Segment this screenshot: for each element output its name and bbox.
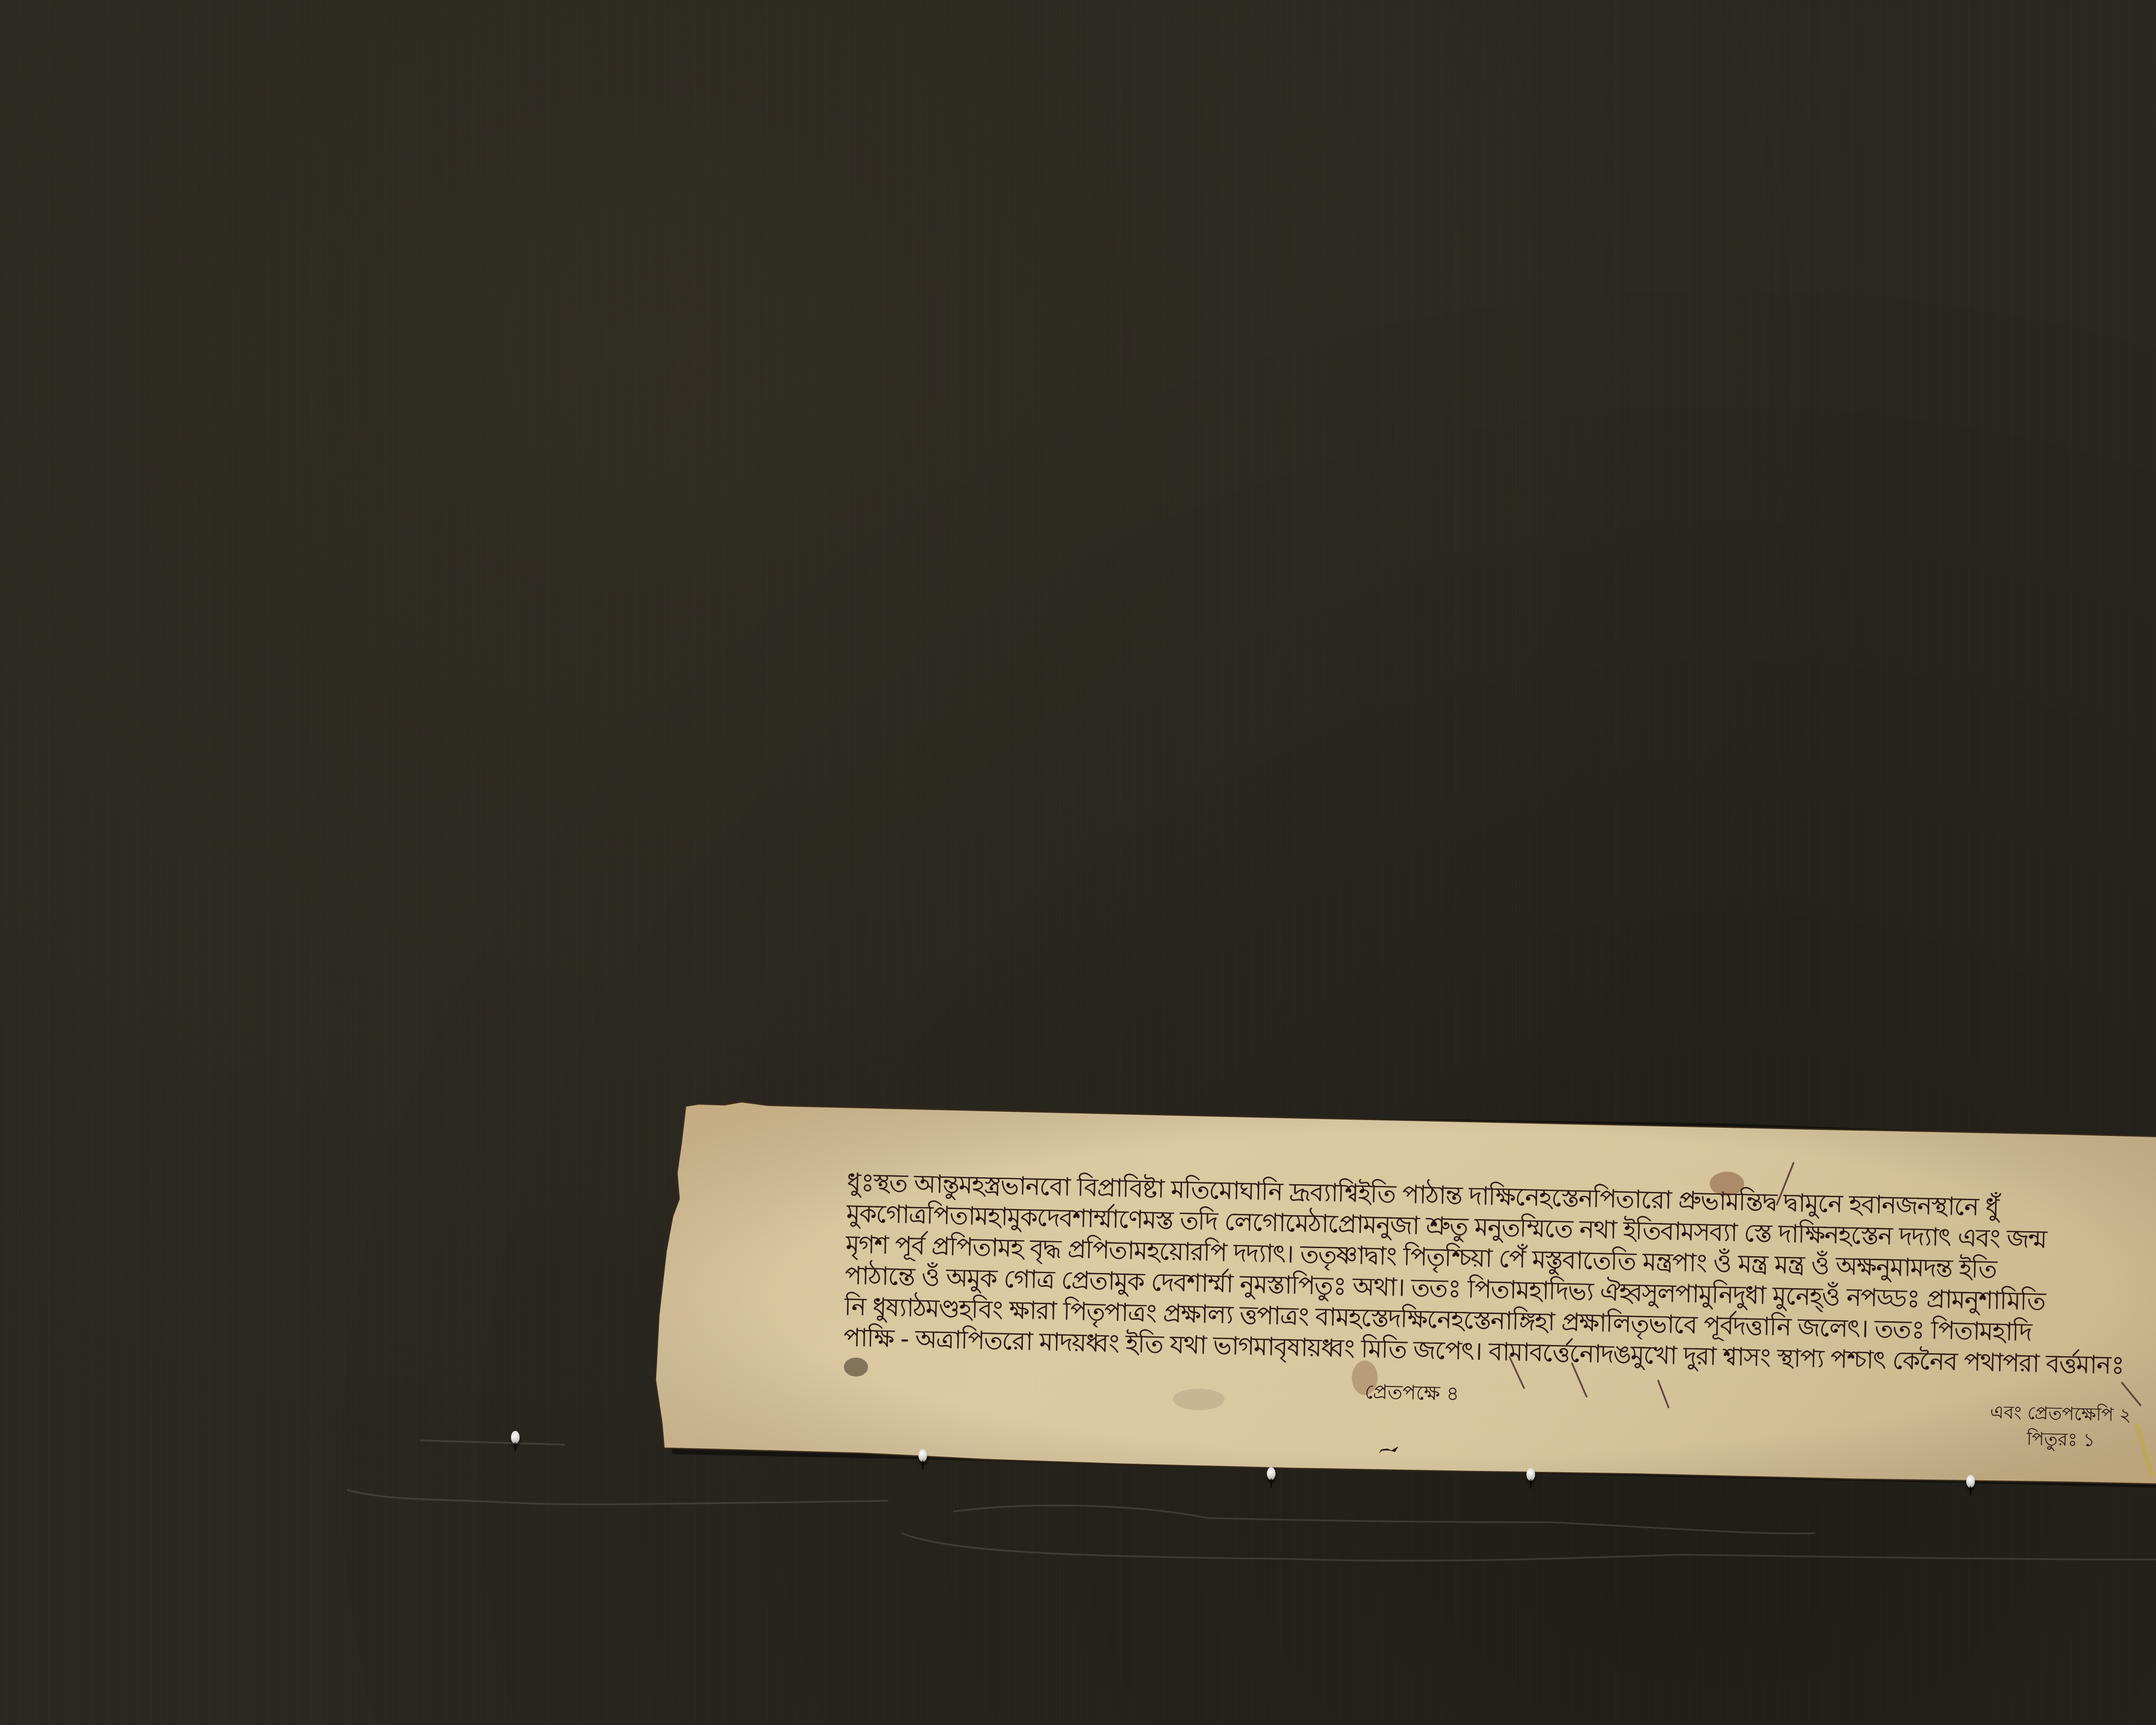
mounting-pin-3 (1267, 1467, 1275, 1480)
mounting-pin-1 (511, 1431, 520, 1444)
marginal-note-right-2: পিতুরঃ ১ (2026, 1424, 2095, 1456)
manuscript-text-block: ধুঃস্থত আন্তুমহস্ত্রভানবো বিপ্রাবিষ্টা ম… (843, 1167, 2150, 1381)
mounting-pin-4 (1526, 1468, 1535, 1481)
mounting-pin-2 (918, 1449, 927, 1462)
bottom-ink-mark-icon (1378, 1446, 1400, 1454)
manuscript-paper (0, 0, 2156, 1725)
photo-scene: ধুঃস্থত আন্তুমহস্ত্রভানবো বিপ্রাবিষ্টা ম… (0, 0, 2156, 1725)
folio-label-center: প্রেতপক্ষে ৪ (1364, 1377, 1460, 1412)
mounting-pin-5 (1966, 1475, 1975, 1488)
manuscript-folio: ধুঃস্থত আন্তুমহস্ত্রভানবো বিপ্রাবিষ্টা ম… (0, 0, 2156, 1725)
